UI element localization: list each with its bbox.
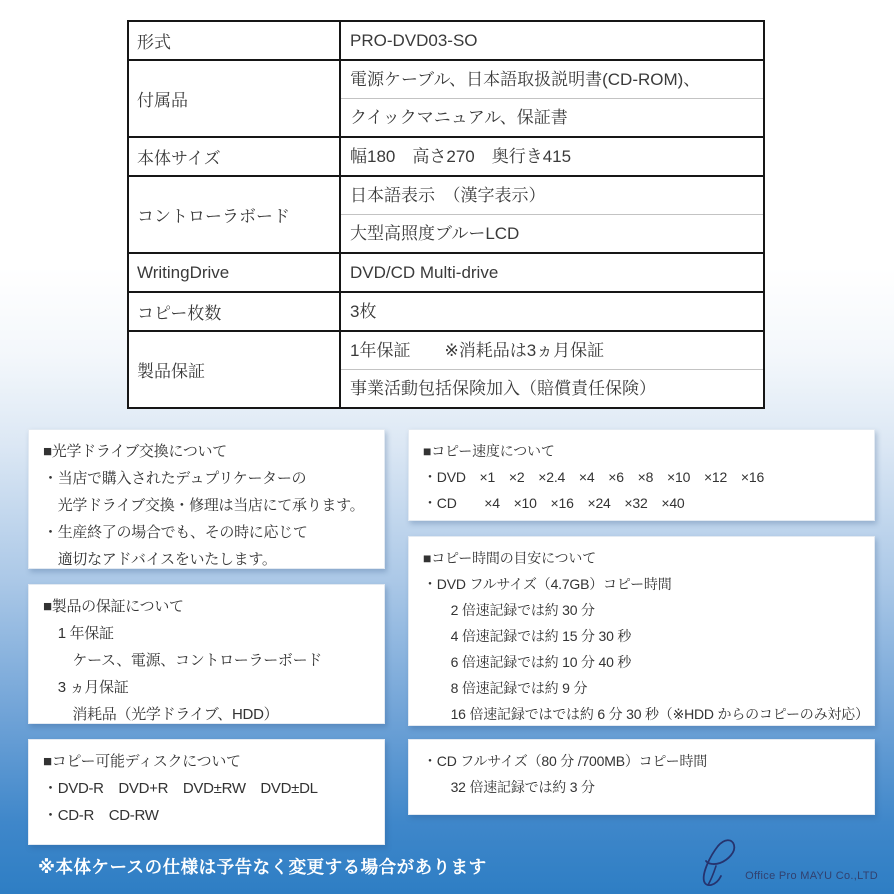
note-box-optical-drive-replacement: ■光学ドライブ交換について ・当店で購入されたデュプリケーターの 光学ドライブ交… (28, 429, 385, 569)
company-logo-icon (694, 836, 740, 888)
row-label: 付属品 (129, 61, 341, 136)
table-row: 製品保証 1年保証 ※消耗品は3ヵ月保証 事業活動包括保険加入（賠償責任保険） (129, 330, 763, 407)
row-label: WritingDrive (129, 254, 341, 291)
row-value: 3枚 (341, 293, 763, 330)
row-label: 本体サイズ (129, 138, 341, 175)
row-value-line: PRO-DVD03-SO (341, 22, 763, 59)
row-value-line: DVD/CD Multi-drive (341, 254, 763, 291)
note-line: 6 倍速記録では約 10 分 40 秒 (423, 649, 860, 675)
table-row: 付属品 電源ケーブル、日本語取扱説明書(CD-ROM)、 クイックマニュアル、保… (129, 59, 763, 136)
row-value-line: 幅180 高さ270 奥行き415 (341, 138, 763, 175)
note-line: 8 倍速記録では約 9 分 (423, 675, 860, 701)
note-line: ■コピー時間の目安について (423, 545, 860, 571)
spec-table: 形式 PRO-DVD03-SO 付属品 電源ケーブル、日本語取扱説明書(CD-R… (127, 20, 765, 409)
row-value-line: 大型高照度ブルーLCD (341, 214, 763, 252)
note-box-copy-time-dvd: ■コピー時間の目安について ・DVD フルサイズ（4.7GB）コピー時間 2 倍… (408, 536, 875, 726)
footer-disclaimer: ※本体ケースの仕様は予告なく変更する場合があります (38, 854, 487, 879)
note-line: ■光学ドライブ交換について (43, 438, 370, 465)
note-line: 1 年保証 (43, 620, 370, 647)
note-line: 消耗品（光学ドライブ、HDD） (43, 701, 370, 728)
note-line: 4 倍速記録では約 15 分 30 秒 (423, 623, 860, 649)
note-line: ・DVD フルサイズ（4.7GB）コピー時間 (423, 571, 860, 597)
note-box-copy-time-cd: ・CD フルサイズ（80 分 /700MB）コピー時間 32 倍速記録では約 3… (408, 739, 875, 815)
row-value: 1年保証 ※消耗品は3ヵ月保証 事業活動包括保険加入（賠償責任保険） (341, 332, 763, 407)
row-value: 幅180 高さ270 奥行き415 (341, 138, 763, 175)
row-label: 形式 (129, 22, 341, 59)
table-row: コピー枚数 3枚 (129, 291, 763, 330)
note-line: ・当店で購入されたデュプリケーターの (43, 465, 370, 492)
row-value: 日本語表示 （漢字表示） 大型高照度ブルーLCD (341, 177, 763, 252)
note-box-product-warranty: ■製品の保証について 1 年保証 ケース、電源、コントローラーボード 3 ヵ月保… (28, 584, 385, 724)
note-line: ■コピー速度について (423, 438, 860, 464)
row-value-line: クイックマニュアル、保証書 (341, 98, 763, 136)
note-box-copy-speed: ■コピー速度について ・DVD ×1 ×2 ×2.4 ×4 ×6 ×8 ×10 … (408, 429, 875, 521)
row-value-line: 電源ケーブル、日本語取扱説明書(CD-ROM)、 (341, 61, 763, 98)
table-row: 本体サイズ 幅180 高さ270 奥行き415 (129, 136, 763, 175)
note-line: 2 倍速記録では約 30 分 (423, 597, 860, 623)
note-line: ・CD フルサイズ（80 分 /700MB）コピー時間 (423, 748, 860, 774)
row-value: 電源ケーブル、日本語取扱説明書(CD-ROM)、 クイックマニュアル、保証書 (341, 61, 763, 136)
row-label: 製品保証 (129, 332, 341, 407)
note-line: ・DVD-R DVD+R DVD±RW DVD±DL (43, 775, 370, 802)
note-box-copyable-discs: ■コピー可能ディスクについて ・DVD-R DVD+R DVD±RW DVD±D… (28, 739, 385, 845)
note-line: ケース、電源、コントローラーボード (43, 647, 370, 674)
note-line: 32 倍速記録では約 3 分 (423, 774, 860, 800)
row-label: コントローラボード (129, 177, 341, 252)
note-line: ■製品の保証について (43, 593, 370, 620)
table-row: WritingDrive DVD/CD Multi-drive (129, 252, 763, 291)
note-line: 16 倍速記録ではでは約 6 分 30 秒（※HDD からのコピーのみ対応） (423, 701, 860, 727)
row-label: コピー枚数 (129, 293, 341, 330)
note-line: 3 ヵ月保証 (43, 674, 370, 701)
product-spec-sheet: 形式 PRO-DVD03-SO 付属品 電源ケーブル、日本語取扱説明書(CD-R… (0, 0, 894, 894)
table-row: 形式 PRO-DVD03-SO (129, 22, 763, 59)
row-value-line: 1年保証 ※消耗品は3ヵ月保証 (341, 332, 763, 369)
note-line: ・CD-R CD-RW (43, 802, 370, 829)
note-line: ■コピー可能ディスクについて (43, 748, 370, 775)
company-logo: Office Pro MAYU Co.,LTD (694, 836, 878, 888)
row-value-line: 日本語表示 （漢字表示） (341, 177, 763, 214)
row-value-line: 3枚 (341, 293, 763, 330)
row-value: PRO-DVD03-SO (341, 22, 763, 59)
note-line: ・生産終了の場合でも、その時に応じて (43, 519, 370, 546)
table-row: コントローラボード 日本語表示 （漢字表示） 大型高照度ブルーLCD (129, 175, 763, 252)
note-line: 適切なアドバイスをいたします。 (43, 546, 370, 573)
note-line: 光学ドライブ交換・修理は当店にて承ります。 (43, 492, 370, 519)
note-line: ・DVD ×1 ×2 ×2.4 ×4 ×6 ×8 ×10 ×12 ×16 (423, 464, 860, 490)
note-line: ・CD ×4 ×10 ×16 ×24 ×32 ×40 (423, 490, 860, 516)
company-name: Office Pro MAYU Co.,LTD (745, 870, 878, 888)
row-value: DVD/CD Multi-drive (341, 254, 763, 291)
row-value-line: 事業活動包括保険加入（賠償責任保険） (341, 369, 763, 407)
